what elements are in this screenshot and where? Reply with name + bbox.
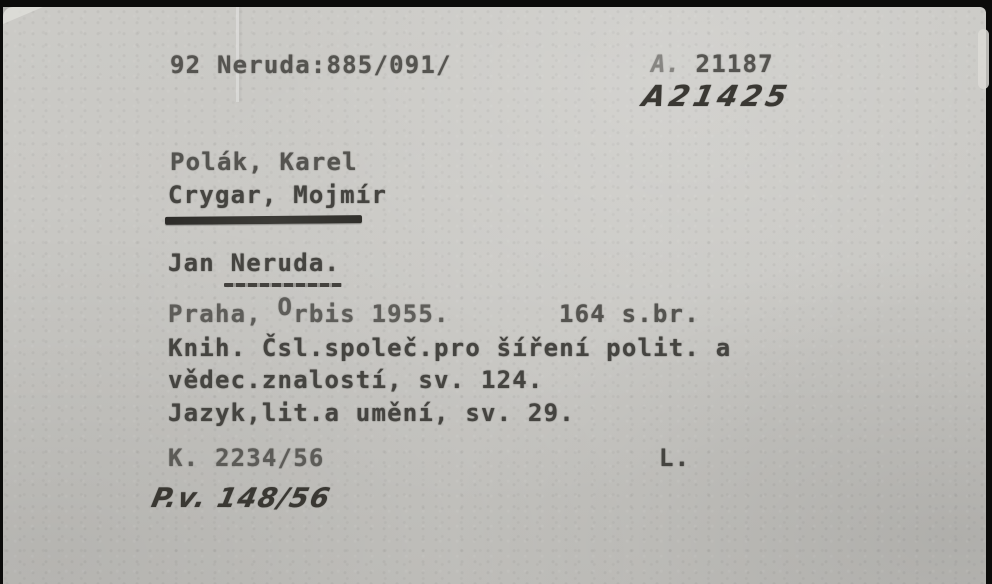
title-prefix: Jan bbox=[168, 249, 231, 277]
series-line-1: Knih. Čsl.společ.pro šíření polit. a bbox=[168, 336, 731, 361]
record-number: K. 2234/56 bbox=[168, 446, 325, 471]
accession-number-handwritten: A21425 bbox=[639, 79, 794, 113]
series-line-2: vědec.znalostí, sv. 124. bbox=[168, 368, 544, 393]
call-number: 92 Neruda:885/091/ bbox=[170, 53, 452, 78]
author-line-1: Polák, Karel bbox=[170, 150, 358, 175]
paper-nick bbox=[978, 29, 989, 89]
imprint-line: Praha, Orbis 1955. bbox=[168, 302, 450, 327]
author-line-2: Crygar, Mojmír bbox=[168, 183, 387, 208]
title-underlined-text: Neruda. bbox=[231, 249, 341, 277]
imprint-place: Praha, bbox=[168, 300, 278, 328]
title-underline bbox=[224, 283, 342, 287]
title-line: Jan Neruda. bbox=[168, 251, 340, 276]
imprint-publisher-rest: rbis 1955. bbox=[293, 300, 450, 328]
pagination: 164 s.br. bbox=[559, 302, 700, 327]
series-line-3: Jazyk,lit.a umění, sv. 29. bbox=[168, 401, 575, 426]
torn-corner bbox=[3, 7, 43, 24]
catalog-card-paper: 92 Neruda:885/091/ A. 21187 A21425 Polák… bbox=[3, 7, 986, 584]
imprint-publisher-initial: O bbox=[278, 293, 294, 321]
accession-number-typed: A. 21187 bbox=[651, 52, 774, 77]
scanned-catalog-card: 92 Neruda:885/091/ A. 21187 A21425 Polák… bbox=[0, 0, 992, 584]
handwritten-record-number: P.v. 148/56 bbox=[149, 483, 334, 514]
accession-digits: 21187 bbox=[680, 50, 774, 78]
accession-prefix: A. bbox=[651, 50, 680, 78]
author-heavy-underline bbox=[165, 215, 362, 225]
cataloguer-letter: L. bbox=[659, 446, 690, 471]
